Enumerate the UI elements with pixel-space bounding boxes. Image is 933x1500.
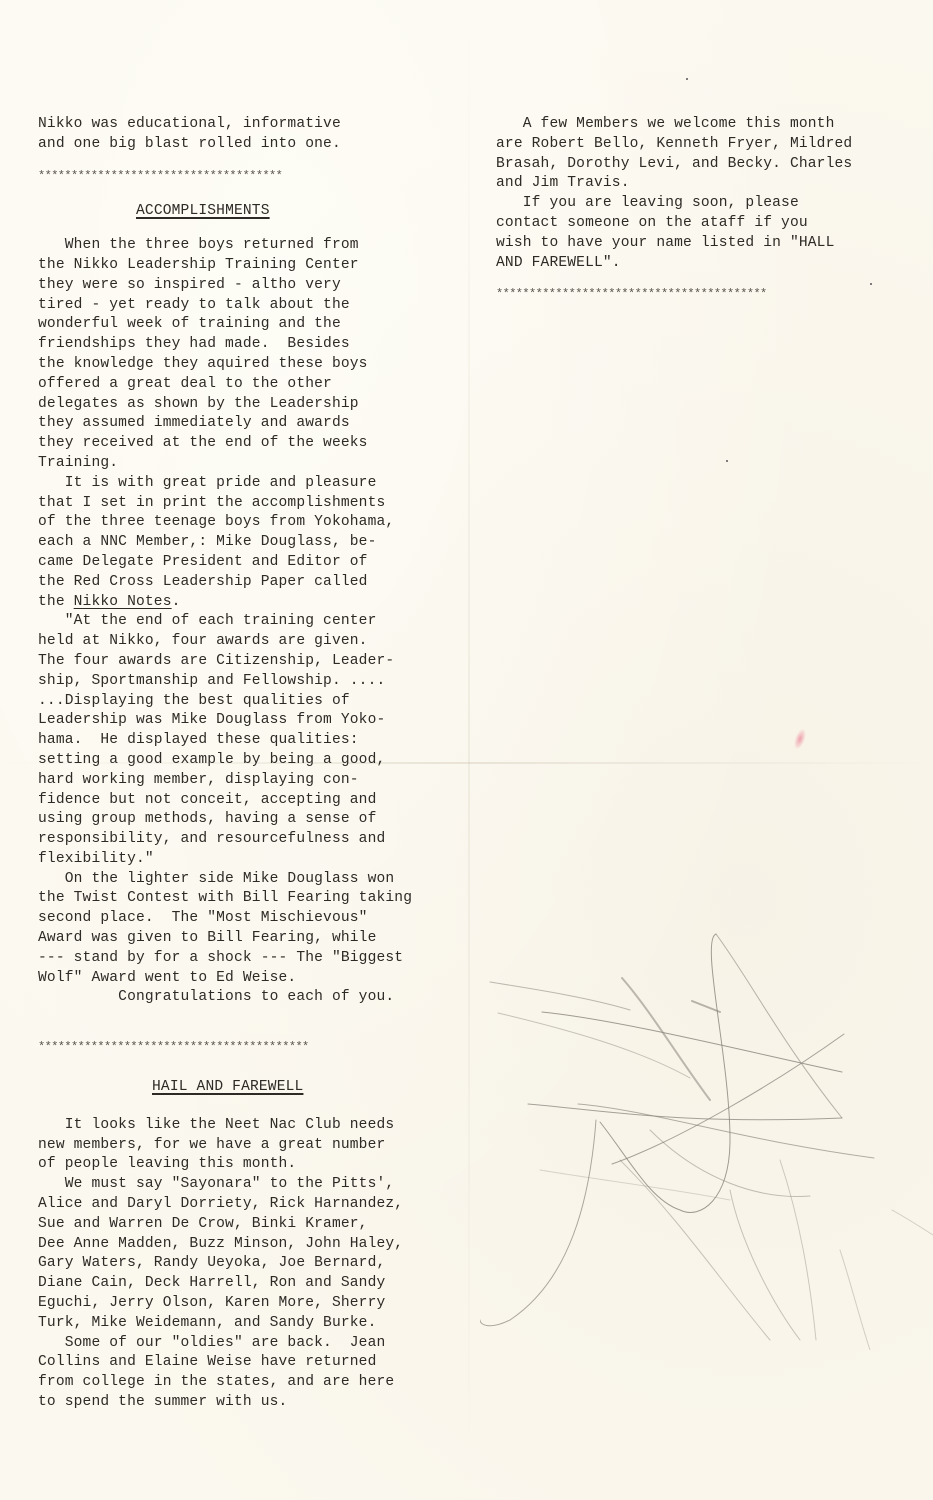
text-line: the Nikko Leadership Training Center (38, 256, 468, 276)
divider-stars: ****************************************… (496, 285, 896, 305)
text-line: responsibility, and resourcefulness and (38, 830, 468, 850)
text-line: Dee Anne Madden, Buzz Minson, John Haley… (38, 1235, 468, 1255)
text-line: new members, for we have a great number (38, 1136, 468, 1156)
speck (726, 460, 728, 462)
text-line: that I set in print the accomplishments (38, 494, 468, 514)
hail-and-farewell-body: It looks like the Neet Nac Club needsnew… (38, 1116, 468, 1413)
text-line: Alice and Daryl Dorriety, Rick Harnandez… (38, 1195, 468, 1215)
section-heading-hail-and-farewell: HAIL AND FAREWELL (38, 1078, 468, 1098)
text-line: Collins and Elaine Weise have returned (38, 1353, 468, 1373)
text-line: they received at the end of the weeks (38, 434, 468, 454)
divider-stars: ****************************************… (38, 1038, 443, 1058)
text-line: using group methods, having a sense of (38, 810, 468, 830)
right-column: A few Members we welcome this monthare R… (496, 115, 916, 305)
text-line: Diane Cain, Deck Harrell, Ron and Sandy (38, 1274, 468, 1294)
text-line: to spend the summer with us. (38, 1393, 468, 1413)
text-line: friendships they had made. Besides (38, 335, 468, 355)
text-line: Some of our "oldies" are back. Jean (38, 1334, 468, 1354)
text-line: came Delegate President and Editor of (38, 553, 468, 573)
newsletter-page: Nikko was educational, informativeand on… (0, 0, 933, 1500)
text-line: Sue and Warren De Crow, Binki Kramer, (38, 1215, 468, 1235)
text-line: Nikko was educational, informative (38, 115, 468, 135)
text-line: Gary Waters, Randy Ueyoka, Joe Bernard, (38, 1254, 468, 1274)
speck (870, 283, 872, 285)
section-heading-accomplishments: ACCOMPLISHMENTS (38, 202, 468, 222)
text-line: "At the end of each training center (38, 612, 468, 632)
text-line: --- stand by for a shock --- The "Bigges… (38, 949, 468, 969)
accomplishments-body: When the three boys returned fromthe Nik… (38, 236, 468, 592)
text-line: they assumed immediately and awards (38, 414, 468, 434)
text-line: ship, Sportmanship and Fellowship. .... (38, 672, 468, 692)
text-line: are Robert Bello, Kenneth Fryer, Mildred (496, 135, 916, 155)
text-line: Congratulations to each of you. (38, 988, 468, 1008)
text-line: A few Members we welcome this month (496, 115, 916, 135)
awards-paragraph: "At the end of each training centerheld … (38, 612, 468, 1008)
text-line: Training. (38, 454, 468, 474)
text-line: wonderful week of training and the (38, 315, 468, 335)
pink-ink-smudge (792, 727, 809, 751)
text-line: they were so inspired - altho very (38, 276, 468, 296)
text-line: second place. The "Most Mischievous" (38, 909, 468, 929)
text-line: Turk, Mike Weidemann, and Sandy Burke. (38, 1314, 468, 1334)
text-line: setting a good example by being a good, (38, 751, 468, 771)
text-line: Eguchi, Jerry Olson, Karen More, Sherry (38, 1294, 468, 1314)
text-line: Leadership was Mike Douglass from Yoko- (38, 711, 468, 731)
speck (686, 78, 688, 80)
text-line: It is with great pride and pleasure (38, 474, 468, 494)
text-line: delegates as shown by the Leadership (38, 395, 468, 415)
left-column: Nikko was educational, informativeand on… (38, 115, 468, 1413)
text-line: hard working member, displaying con- (38, 771, 468, 791)
text-line: from college in the states, and are here (38, 1373, 468, 1393)
welcome-paragraph: A few Members we welcome this monthare R… (496, 115, 916, 273)
text-line: Award was given to Bill Fearing, while (38, 929, 468, 949)
text-line: held at Nikko, four awards are given. (38, 632, 468, 652)
text-line: each a NNC Member,: Mike Douglass, be- (38, 533, 468, 553)
text-line: and Jim Travis. (496, 174, 916, 194)
text-line: wish to have your name listed in "HALL (496, 234, 916, 254)
text-line: contact someone on the ataff if you (496, 214, 916, 234)
pencil-scribble (480, 900, 933, 1350)
nikko-notes-line: the Nikko Notes. (38, 593, 468, 613)
text-line: Brasah, Dorothy Levi, and Becky. Charles (496, 155, 916, 175)
text-line: When the three boys returned from (38, 236, 468, 256)
text-line: hama. He displayed these qualities: (38, 731, 468, 751)
text-line: tired - yet ready to talk about the (38, 296, 468, 316)
text-line: the knowledge they aquired these boys (38, 355, 468, 375)
text-line: and one big blast rolled into one. (38, 135, 468, 155)
text-line: ...Displaying the best qualities of (38, 692, 468, 712)
nikko-notes-title: Nikko Notes (74, 594, 172, 610)
text-line: If you are leaving soon, please (496, 194, 916, 214)
text-line: flexibility." (38, 850, 468, 870)
text-line: fidence but not conceit, accepting and (38, 791, 468, 811)
intro-paragraph: Nikko was educational, informativeand on… (38, 115, 468, 155)
text-line: It looks like the Neet Nac Club needs (38, 1116, 468, 1136)
text-line: On the lighter side Mike Douglass won (38, 870, 468, 890)
divider-stars: ************************************* (38, 167, 398, 187)
text-line: of people leaving this month. (38, 1155, 468, 1175)
text-line: Wolf" Award went to Ed Weise. (38, 969, 468, 989)
text-line: of the three teenage boys from Yokohama, (38, 513, 468, 533)
text-line: The four awards are Citizenship, Leader- (38, 652, 468, 672)
paper-fold-vertical (468, 0, 470, 1500)
text-line: AND FAREWELL". (496, 254, 916, 274)
text-line: We must say "Sayonara" to the Pitts', (38, 1175, 468, 1195)
text-line: the Red Cross Leadership Paper called (38, 573, 468, 593)
text-line: the Twist Contest with Bill Fearing taki… (38, 889, 468, 909)
text-line: offered a great deal to the other (38, 375, 468, 395)
